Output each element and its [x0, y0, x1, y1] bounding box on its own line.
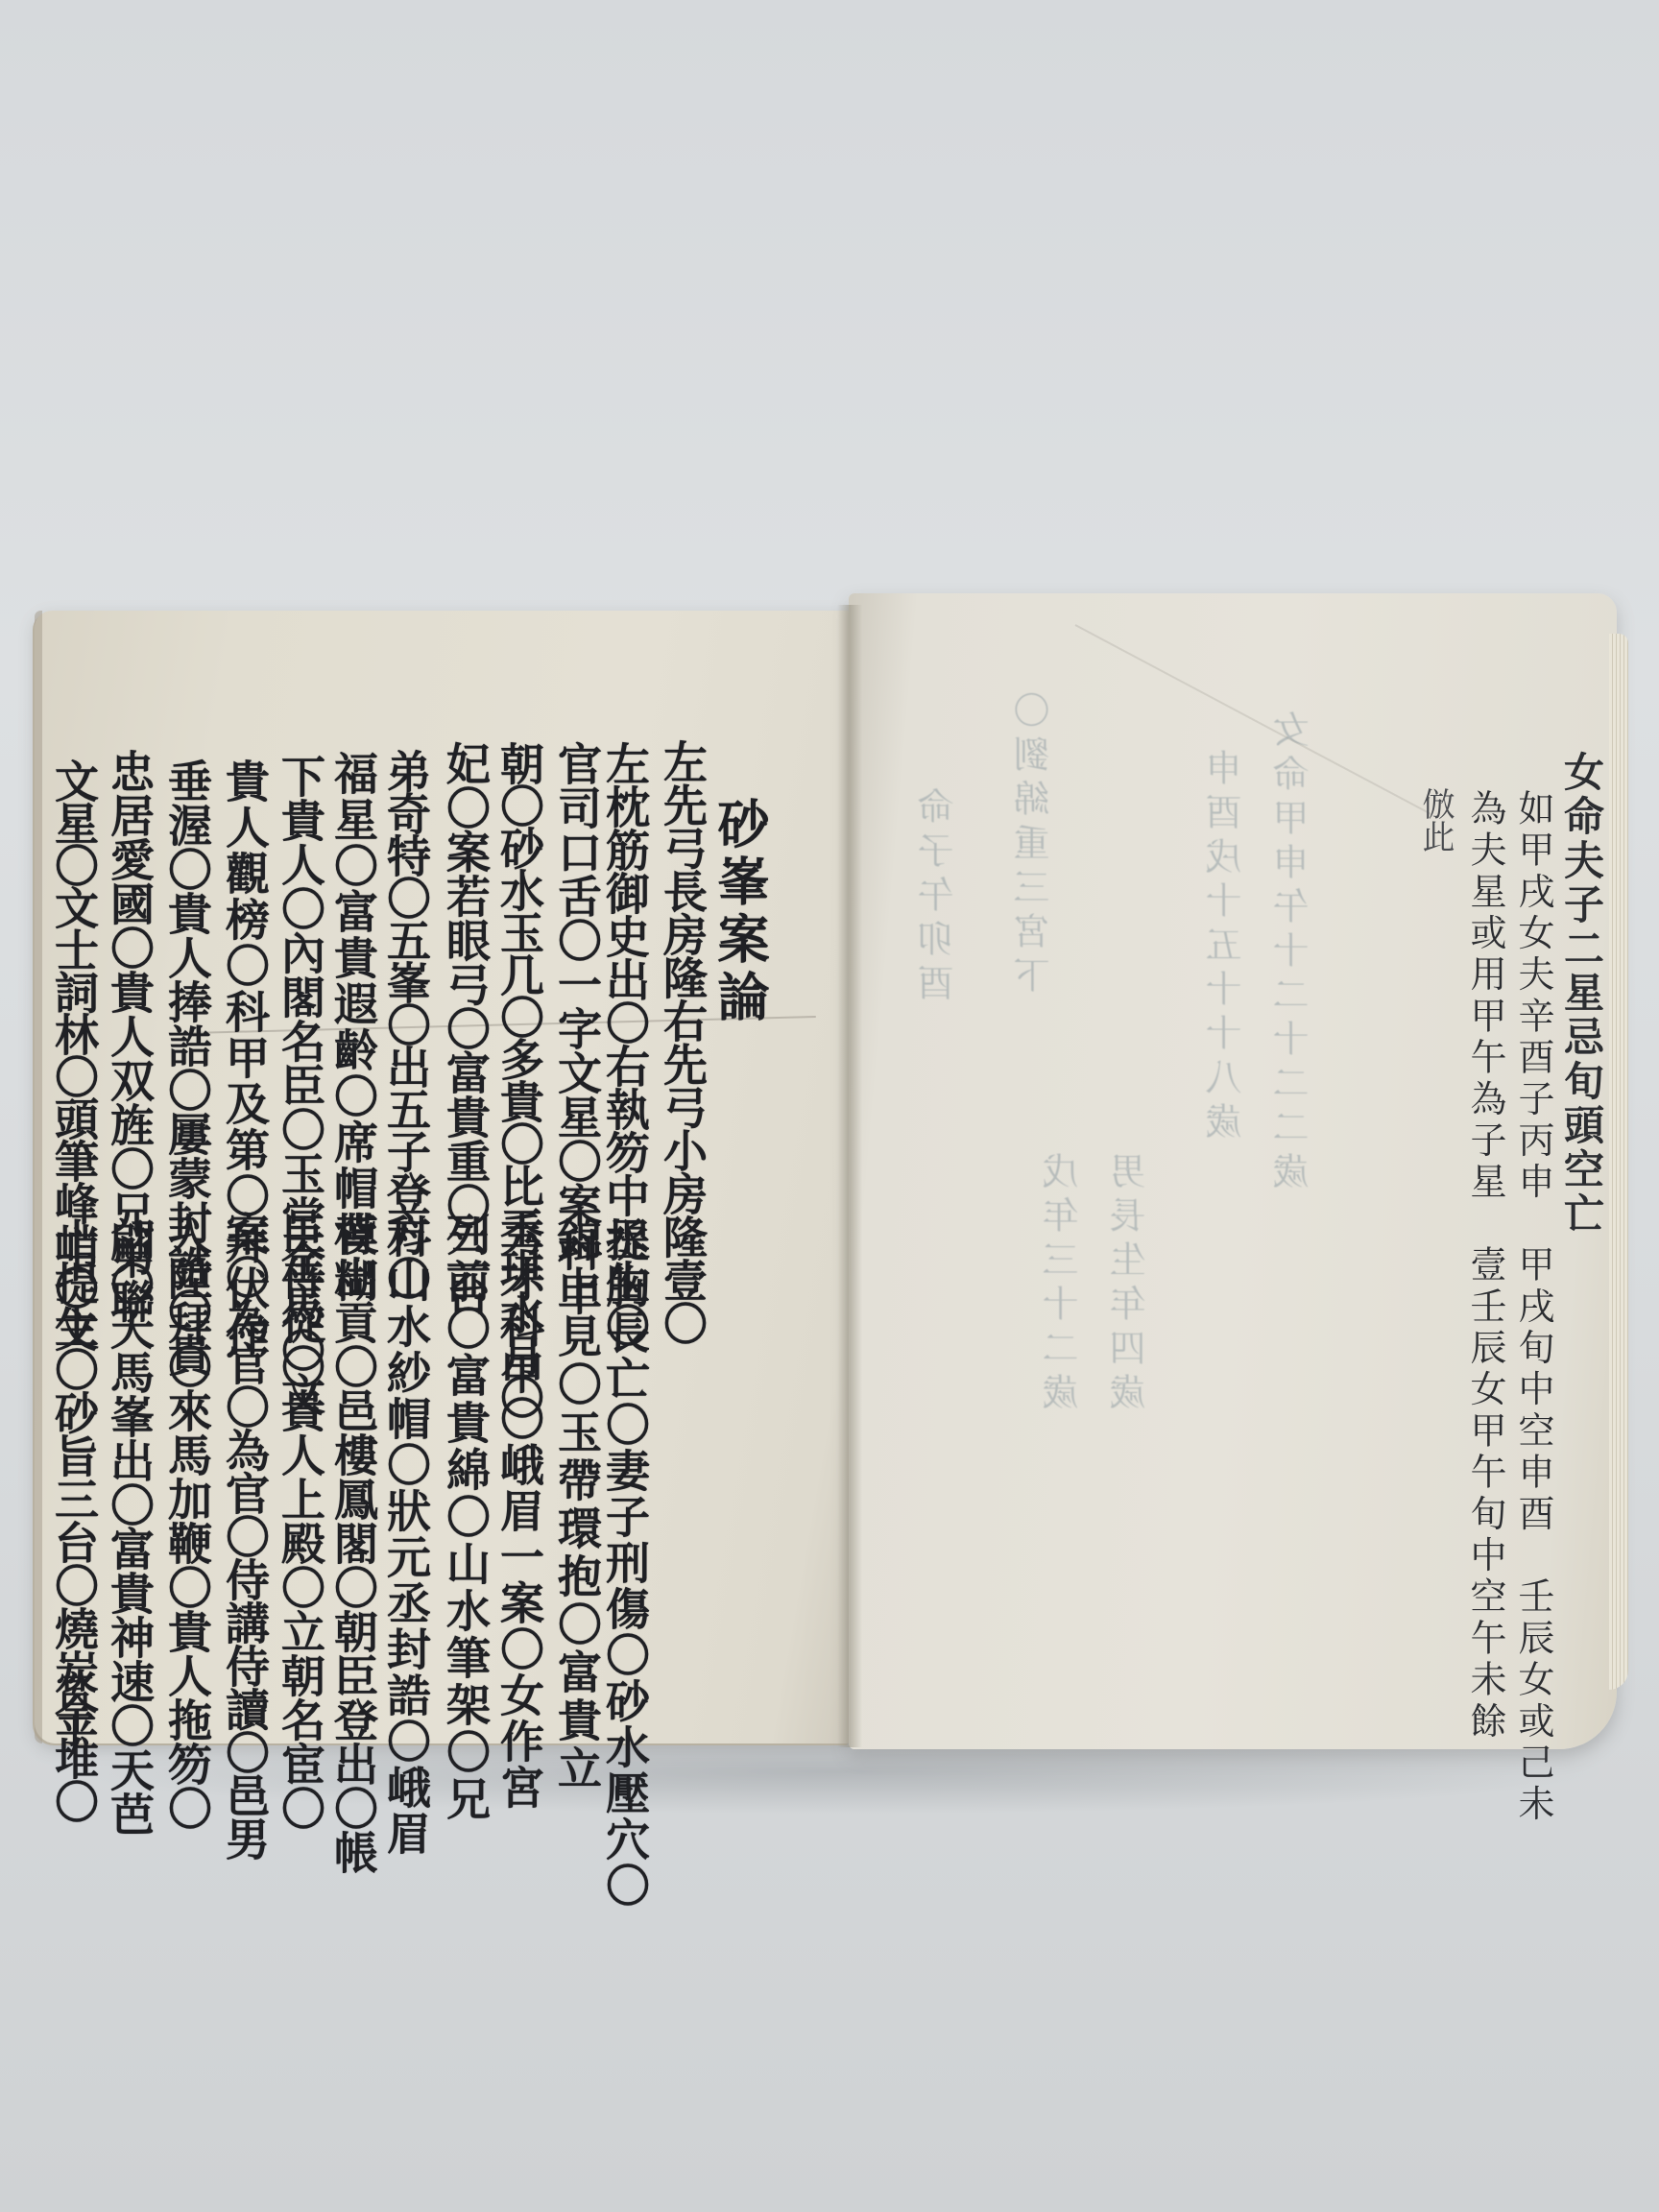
bleed-through-column: 命子午卯酉	[912, 787, 965, 1008]
left-page-column: 翩〇天馬峯出〇富貴神速〇天芭	[108, 1217, 152, 1836]
left-page-column: 方山水紗帽〇狀元丞封誥〇峨眉	[384, 1212, 428, 1857]
bleed-through-column: 〇劉綿重三宮下	[1008, 691, 1061, 1000]
left-page-column: 列前〇富貴綿〇山水筆架〇兄	[444, 1212, 488, 1823]
right-page-title-column: 女命夫子二星忌旬頭空亡	[1561, 751, 1601, 1237]
left-page-column: 背出貢〇邑樓鳳閣〇朝臣登出〇帳	[331, 1212, 375, 1874]
left-page-column: 錦上見〇玉帶環抱〇富貴立	[555, 1217, 599, 1793]
left-page-column: 人陞拜〇來馬加鞭〇貴人拖笏〇	[165, 1212, 209, 1830]
bleed-through-column: 戊年三十二歲	[1037, 1152, 1090, 1417]
right-page-column: 為夫星或用甲午為子星 壹壬辰女甲午旬中空午未餘	[1467, 789, 1503, 1743]
right-page-column: 如甲戌女夫辛酉子丙申 甲戌旬中空申酉 壬辰女或己未	[1515, 789, 1551, 1826]
left-page-column: 宮丁	[52, 1671, 90, 1747]
left-page-column: 秀才科甲〇峨眉一案〇女作宮	[497, 1212, 541, 1811]
left-page-heading: 砂峯案論	[714, 797, 766, 1027]
book-gutter	[837, 605, 862, 1747]
right-page-edge-stack	[1609, 634, 1628, 1690]
bleed-through-column: 男長生年四歲	[1104, 1152, 1157, 1417]
left-page-column: 臣侍從〇貴人上殿〇立朝名宦〇	[278, 1212, 323, 1830]
left-page-column: 案〇為官〇為官〇侍講侍讀〇邑男	[223, 1212, 267, 1860]
right-page-note-column: 倣此	[1419, 787, 1452, 853]
bleed-through-column: 申酉戌十五十十八歲	[1200, 749, 1253, 1146]
bleed-through-column: 女命甲申午十二十二二歲	[1267, 710, 1320, 1196]
open-manuscript-book: 〇劉綿重三宮下 命子午卯酉 女命甲申午十二十二二歲 申酉戌十五十十八歲 男長生年…	[0, 0, 1659, 2212]
left-page-column: 提胸長亡〇妻子刑傷〇砂水壓穴〇	[603, 1217, 647, 1909]
